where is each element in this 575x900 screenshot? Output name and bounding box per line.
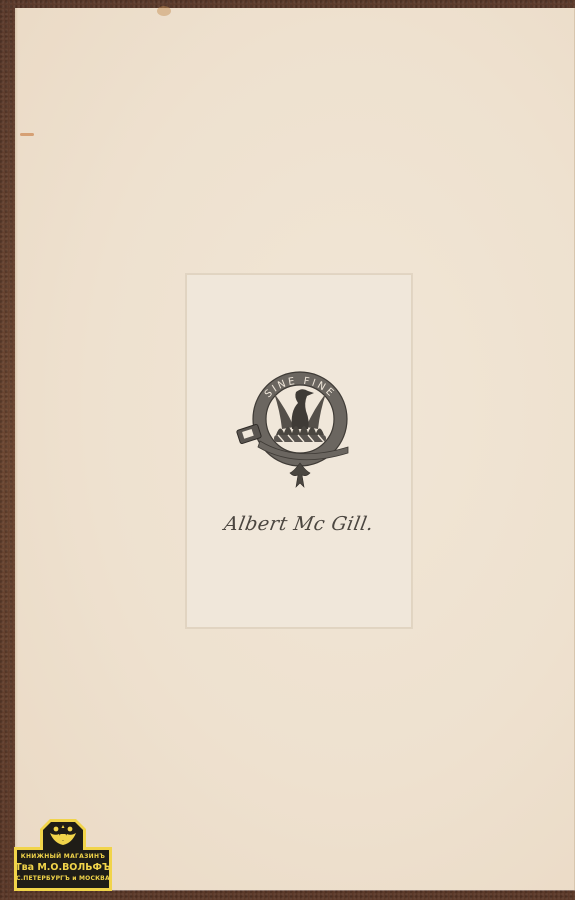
owner-name: Albert Mc Gill. bbox=[185, 513, 413, 535]
clan-crest-badge: SINE FINE bbox=[236, 363, 364, 493]
endpaper-edge bbox=[15, 8, 18, 890]
crest-icon: SINE FINE bbox=[236, 363, 364, 493]
seller-line-cities: С.ПЕТЕРБУРГЪ и МОСКВА bbox=[14, 876, 112, 882]
seller-line-name: Тва М.О.ВОЛЬФЪ bbox=[14, 863, 112, 873]
foxing-stain bbox=[20, 133, 34, 136]
seller-line-shop: КНИЖНЫЙ МАГАЗИНЪ bbox=[14, 854, 112, 860]
bookplate: SINE FINE Albert Mc Gill. bbox=[186, 274, 412, 628]
foxing-stain bbox=[157, 6, 171, 16]
bookseller-label: КНИЖНЫЙ МАГАЗИНЪ Тва М.О.ВОЛЬФЪ С.ПЕТЕРБ… bbox=[14, 817, 112, 891]
